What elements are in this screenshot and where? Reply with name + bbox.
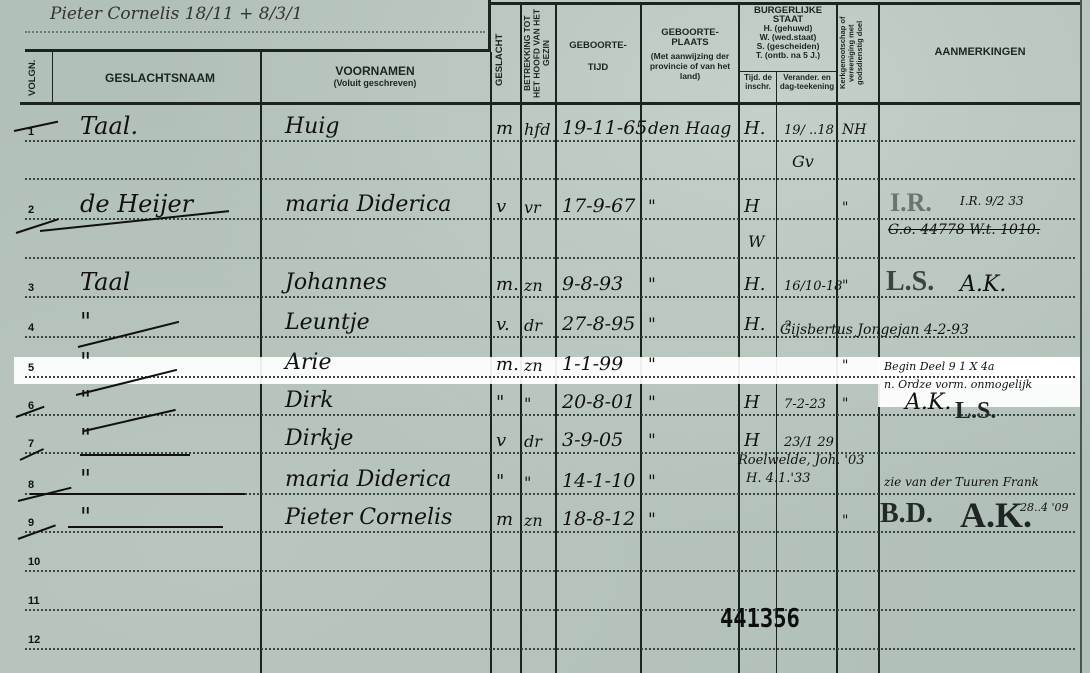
row-line [25, 570, 1075, 572]
stamp-ls-row6: L.S. [955, 398, 996, 425]
cell-sex: m [496, 509, 513, 530]
cell-given-names: Leuntje [285, 310, 370, 335]
header-geslachtsnaam: GESLACHTSNAAM [60, 72, 260, 84]
cell-sex: v [496, 430, 506, 451]
cell-surname: Taal [80, 268, 130, 296]
cell-birth-date: 18-8-12 [562, 508, 635, 530]
cell-surname: Taal. [80, 112, 138, 140]
row-number: 12 [28, 634, 40, 646]
cell-civil-status: H. [744, 314, 765, 335]
cell-church: " [842, 278, 848, 294]
remarks-initials: A.K. [905, 390, 951, 415]
cell-birth-place: " [648, 510, 656, 530]
cell-civil-note: Gv [792, 152, 814, 171]
row-line [25, 609, 1075, 611]
row-line [25, 178, 1075, 180]
header-burgerlijke-staat: BURGERLIJKE STAAT H. (gehuwd) W. (wed.st… [740, 6, 836, 60]
row-line [25, 531, 1075, 533]
cell-civil-status: H [744, 196, 760, 217]
cell-given-names: maria Diderica [285, 192, 451, 217]
cell-remarks: Begin Deel 9 1 X 4a [884, 360, 994, 373]
cell-relation: hfd [524, 120, 550, 139]
row-number: 5 [28, 362, 34, 374]
cell-birth-date: 27-8-95 [562, 313, 635, 335]
header-geslacht: GESLACHT [495, 20, 505, 100]
cell-civil-status: H [744, 430, 760, 451]
cell-relation: dr [524, 316, 542, 335]
cell-civil-status-change: 7-2-23 [784, 397, 826, 412]
cell-birth-place: " [648, 275, 656, 295]
cell-relation: zn [524, 511, 543, 530]
header-geboorteplaats: GEBOORTE- PLAATS (Met aanwijzing der pro… [642, 28, 738, 81]
cell-remarks: zie van der Tuuren Frank [884, 475, 1039, 489]
cell-birth-place: " [648, 197, 656, 217]
header-geboortetijd-2: TIJD [557, 62, 639, 74]
cell-sex: v. [496, 314, 510, 335]
cell-given-names: Dirk [285, 388, 334, 413]
cell-remarks: Gijsbertus Jongejan 4-2-93 [780, 322, 969, 338]
cell-birth-date: 14-1-10 [562, 470, 635, 492]
remarks-initials: A.K. [960, 272, 1006, 297]
header-geboorteplaats-2: PLAATS [642, 38, 738, 48]
cell-surname: " [80, 348, 91, 376]
cell-birth-date: 3-9-05 [562, 429, 623, 451]
cell-birth-date: 1-1-99 [562, 353, 623, 375]
card-number: 441356 [720, 604, 800, 634]
row-number: 10 [28, 556, 40, 568]
cell-civil-status-change: 16/10-18 [784, 279, 842, 294]
cell-sex: v [496, 196, 506, 217]
cell-remarks2: G.o. 44778 W.t. 1010. [888, 222, 1040, 238]
cell-birth-date: 20-8-01 [562, 391, 635, 413]
header-bs-verandering: Verander. en dag-teekening [778, 73, 836, 91]
header-kerkgenootschap: Kerkgenootschap of vereeniging met godsd… [839, 6, 877, 100]
stamp-ls-row3: L.S. [886, 266, 934, 298]
cell-remarks: I.R. 9/2 33 [960, 194, 1024, 208]
cell-civil-status-change: 19/ ..18 [784, 123, 834, 138]
cell-birth-place: " [648, 472, 656, 492]
header-aanmerkingen: AANMERKINGEN [880, 46, 1080, 58]
cell-sex: " [496, 471, 504, 492]
population-register-card: Pieter Cornelis 18/11 + 8/3/1 VOLGN. GES… [0, 0, 1090, 673]
cell-sex: m. [496, 354, 519, 375]
cell-sex: " [496, 392, 504, 413]
cell-civil-status: H. [744, 118, 765, 139]
cell-church: " [842, 396, 848, 412]
cell-relation: vr [524, 198, 541, 217]
row-number: 3 [28, 282, 34, 294]
cell-birth-place: den Haag [648, 119, 731, 139]
cell-given-names: Huig [285, 114, 339, 139]
cell-relation: " [524, 473, 531, 492]
header-betrekking: BETREKKING TOT HET HOOFD VAN HET GEZIN [523, 6, 553, 100]
cell-surname: " [80, 308, 91, 336]
row-number: 2 [28, 204, 34, 216]
cell-sex: m. [496, 274, 519, 295]
cell-relation: dr [524, 432, 542, 451]
cell-church: " [842, 513, 848, 529]
cell-given-names: Pieter Cornelis [285, 505, 452, 530]
cell-civil-note: W [748, 232, 764, 251]
cell-relation: zn [524, 276, 543, 295]
cell-surname: " [80, 465, 91, 493]
header-volgnummer: VOLGN. [28, 57, 38, 99]
row-number: 8 [28, 479, 34, 491]
stamp-ir: I.R. [890, 188, 932, 218]
row-number: 4 [28, 322, 34, 334]
top-annotation: Pieter Cornelis 18/11 + 8/3/1 [50, 4, 303, 24]
row-number: 7 [28, 438, 34, 450]
cell-birth-place: " [648, 393, 656, 413]
cell-sex: m [496, 118, 513, 139]
cell-birth-date: 17-9-67 [562, 195, 635, 217]
header-voornamen-title: VOORNAMEN [262, 65, 488, 77]
cell-given-names: Dirkje [285, 426, 353, 451]
row-number: 11 [28, 595, 40, 607]
cell-birth-place: " [648, 355, 656, 375]
row-line [25, 140, 1075, 142]
row-line [25, 218, 1075, 220]
cell-civil-status: H [744, 392, 760, 413]
cell-church: " [842, 200, 848, 216]
cell-given-names: maria Diderica [285, 467, 451, 492]
cell-birth-date: 9-8-93 [562, 273, 623, 295]
header-geboortetijd: GEBOORTE- TIJD [557, 40, 639, 74]
cell-civil-status: H. [744, 274, 765, 295]
stamp-bd: B.D. [880, 498, 933, 530]
cell-birth-place: " [648, 431, 656, 451]
cell-given-names: Johannes [285, 270, 387, 295]
cell-birth-date: 19-11-65 [562, 117, 647, 139]
cell-civil-status-change: H. 4.1.'33 [746, 471, 811, 486]
cell-civil-status-change: 23/1 29 [784, 435, 834, 450]
header-bs-title: BURGERLIJKE STAAT [740, 6, 836, 24]
cell-birth-place: " [648, 315, 656, 335]
row-line [25, 257, 1075, 259]
cell-surname: de Heijer [80, 190, 193, 218]
cell-civil-status: Roelwelde, Joh. '03 [738, 453, 865, 468]
row-line [25, 648, 1075, 650]
header-geboorteplaats-sub: (Met aanwijzing der provincie of van het… [642, 51, 738, 81]
header-bs-tijd: Tijd. de inschr. [740, 73, 776, 91]
cell-relation: " [524, 394, 531, 413]
header-voornamen: VOORNAMEN (Voluit geschreven) [262, 65, 488, 89]
cell-given-names: Arie [285, 350, 331, 375]
header-bs-t: T. (ontb. na 5 J.) [740, 51, 836, 60]
header-voornamen-sub: (Voluit geschreven) [262, 77, 488, 89]
cell-relation: zn [524, 356, 543, 375]
stamp-ak: A.K. [960, 494, 1032, 536]
row-number: 9 [28, 517, 34, 529]
cell-church: " [842, 358, 848, 374]
header-geboortetijd-1: GEBOORTE- [557, 40, 639, 52]
cell-church: NH [842, 122, 866, 138]
